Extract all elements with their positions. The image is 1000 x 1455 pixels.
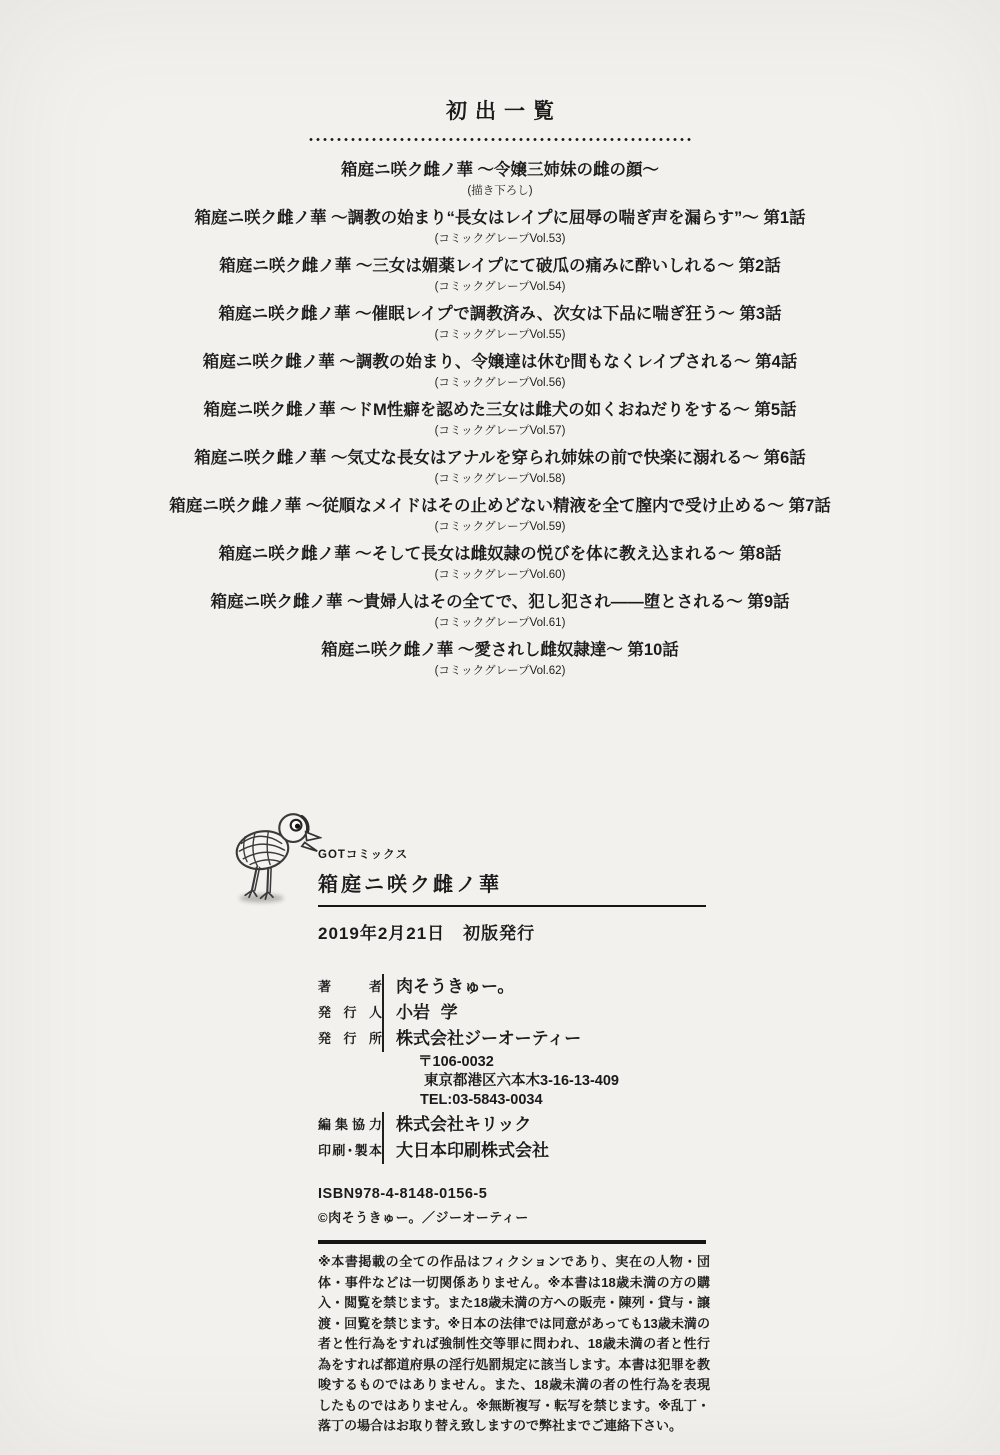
imprint-label: GOTコミックス	[318, 846, 706, 862]
credit-label: 印刷･製本	[318, 1138, 382, 1164]
entry-title: 箱庭ニ咲ク雌ノ華 ～調教の始まり、令嬢達は休む間もなくレイプされる～ 第4話	[0, 350, 1000, 374]
title-rule	[318, 905, 706, 907]
bird-doodle-icon	[226, 800, 322, 908]
entry-note: (描き下ろし)	[0, 183, 1000, 199]
publication-entry: 箱庭ニ咲ク雌ノ華 ～ドM性癖を認めた三女は雌犬の如くおねだりをする～ 第5話 (…	[0, 398, 1000, 439]
credit-label: 発行所	[318, 1026, 382, 1052]
entry-title: 箱庭ニ咲ク雌ノ華 ～貴婦人はその全てで、犯し犯され――堕とされる～ 第9話	[0, 590, 1000, 614]
first-publication-list: 初出一覧 箱庭ニ咲ク雌ノ華 ～令嬢三姉妹の雌の顔～ (描き下ろし) 箱庭ニ咲ク雌…	[0, 95, 1000, 686]
book-title: 箱庭ニ咲ク雌ノ華	[318, 868, 706, 897]
legal-disclaimer: ※本書掲載の全ての作品はフィクションであり、実在の人物・団体・事件などは一切関係…	[318, 1252, 710, 1437]
credit-row-publishing-house: 発行所 株式会社ジーオーティー	[318, 1026, 706, 1052]
credit-label: 編集協力	[318, 1112, 382, 1138]
entry-note: (コミックグレープVol.59)	[0, 519, 1000, 535]
credit-value: 株式会社キリック	[382, 1112, 531, 1138]
entry-note: (コミックグレープVol.60)	[0, 567, 1000, 583]
entry-note: (コミックグレープVol.54)	[0, 279, 1000, 295]
entry-note: (コミックグレープVol.58)	[0, 471, 1000, 487]
entry-title: 箱庭ニ咲ク雌ノ華 ～従順なメイドはその止めどない精液を全て膣内で受け止める～ 第…	[0, 494, 1000, 518]
entry-title: 箱庭ニ咲ク雌ノ華 ～ドM性癖を認めた三女は雌犬の如くおねだりをする～ 第5話	[0, 398, 1000, 422]
publication-entry: 箱庭ニ咲ク雌ノ華 ～令嬢三姉妹の雌の顔～ (描き下ろし)	[0, 158, 1000, 199]
publication-entry: 箱庭ニ咲ク雌ノ華 ～調教の始まり“長女はレイプに屈辱の喘ぎ声を漏らす”～ 第1話…	[0, 206, 1000, 247]
thick-rule	[318, 1240, 706, 1244]
publication-entry: 箱庭ニ咲ク雌ノ華 ～愛されし雌奴隷達～ 第10話 (コミックグレープVol.62…	[0, 638, 1000, 679]
entry-note: (コミックグレープVol.61)	[0, 615, 1000, 631]
copyright-line: ©肉そうきゅー。／ジーオーティー	[318, 1207, 706, 1226]
publication-entry: 箱庭ニ咲ク雌ノ華 ～催眠レイプで調教済み、次女は下品に喘ぎ狂う～ 第3話 (コミ…	[0, 302, 1000, 343]
section-title: 初出一覧	[0, 95, 1000, 125]
isbn: ISBN978-4-8148-0156-5	[318, 1186, 706, 1202]
publication-entry: 箱庭ニ咲ク雌ノ華 ～貴婦人はその全てで、犯し犯され――堕とされる～ 第9話 (コ…	[0, 590, 1000, 631]
credits-group-bottom: 編集協力 株式会社キリック 印刷･製本 大日本印刷株式会社	[318, 1112, 706, 1164]
credit-row-author: 著 者 肉そうきゅー。	[318, 974, 706, 1000]
entry-title: 箱庭ニ咲ク雌ノ華 ～催眠レイプで調教済み、次女は下品に喘ぎ狂う～ 第3話	[0, 302, 1000, 326]
postal-code: 〒106-0032	[404, 1053, 706, 1072]
phone-number: TEL:03-5843-0034	[404, 1091, 706, 1110]
scanned-book-page: 初出一覧 箱庭ニ咲ク雌ノ華 ～令嬢三姉妹の雌の顔～ (描き下ろし) 箱庭ニ咲ク雌…	[0, 0, 1000, 1455]
entry-title: 箱庭ニ咲ク雌ノ華 ～そして長女は雌奴隷の悦びを体に教え込まれる～ 第8話	[0, 542, 1000, 566]
publication-entry: 箱庭ニ咲ク雌ノ華 ～気丈な長女はアナルを穿られ姉妹の前で快楽に溺れる～ 第6話 …	[0, 446, 1000, 487]
publisher-address: 〒106-0032 東京都港区六本木3-16-13-409 TEL:03-584…	[404, 1052, 706, 1112]
entry-note: (コミックグレープVol.56)	[0, 375, 1000, 391]
credit-value: 大日本印刷株式会社	[382, 1138, 549, 1164]
publication-entry: 箱庭ニ咲ク雌ノ華 ～従順なメイドはその止めどない精液を全て膣内で受け止める～ 第…	[0, 494, 1000, 535]
credit-value: 小岩 学	[382, 1000, 458, 1026]
publication-entry: 箱庭ニ咲ク雌ノ華 ～調教の始まり、令嬢達は休む間もなくレイプされる～ 第4話 (…	[0, 350, 1000, 391]
entry-note: (コミックグレープVol.57)	[0, 423, 1000, 439]
dotted-divider	[306, 137, 694, 142]
credit-row-printing: 印刷･製本 大日本印刷株式会社	[318, 1138, 706, 1164]
entry-title: 箱庭ニ咲ク雌ノ華 ～気丈な長女はアナルを穿られ姉妹の前で快楽に溺れる～ 第6話	[0, 446, 1000, 470]
entry-title: 箱庭ニ咲ク雌ノ華 ～三女は媚薬レイプにて破瓜の痛みに酔いしれる～ 第2話	[0, 254, 1000, 278]
publication-entry: 箱庭ニ咲ク雌ノ華 ～三女は媚薬レイプにて破瓜の痛みに酔いしれる～ 第2話 (コミ…	[0, 254, 1000, 295]
credit-label: 発行人	[318, 1000, 382, 1026]
credit-row-editing: 編集協力 株式会社キリック	[318, 1112, 706, 1138]
credit-value: 株式会社ジーオーティー	[382, 1026, 581, 1052]
publication-entry: 箱庭ニ咲ク雌ノ華 ～そして長女は雌奴隷の悦びを体に教え込まれる～ 第8話 (コミ…	[0, 542, 1000, 583]
entry-note: (コミックグレープVol.55)	[0, 327, 1000, 343]
credits-group-top: 著 者 肉そうきゅー。 発行人 小岩 学 発行所 株式会社ジーオーティー	[318, 974, 706, 1052]
colophon: GOTコミックス 箱庭ニ咲ク雌ノ華 2019年2月21日 初版発行 著 者 肉そ…	[318, 798, 706, 1437]
credit-row-publisher-person: 発行人 小岩 学	[318, 1000, 706, 1026]
street-address: 東京都港区六本木3-16-13-409	[404, 1072, 706, 1091]
edition-date: 2019年2月21日 初版発行	[318, 919, 706, 944]
entry-title: 箱庭ニ咲ク雌ノ華 ～愛されし雌奴隷達～ 第10話	[0, 638, 1000, 662]
entry-note: (コミックグレープVol.53)	[0, 231, 1000, 247]
entry-note: (コミックグレープVol.62)	[0, 663, 1000, 679]
entry-title: 箱庭ニ咲ク雌ノ華 ～令嬢三姉妹の雌の顔～	[0, 158, 1000, 182]
credit-value: 肉そうきゅー。	[382, 974, 514, 1000]
credit-label: 著 者	[318, 974, 382, 1000]
entry-title: 箱庭ニ咲ク雌ノ華 ～調教の始まり“長女はレイプに屈辱の喘ぎ声を漏らす”～ 第1話	[0, 206, 1000, 230]
